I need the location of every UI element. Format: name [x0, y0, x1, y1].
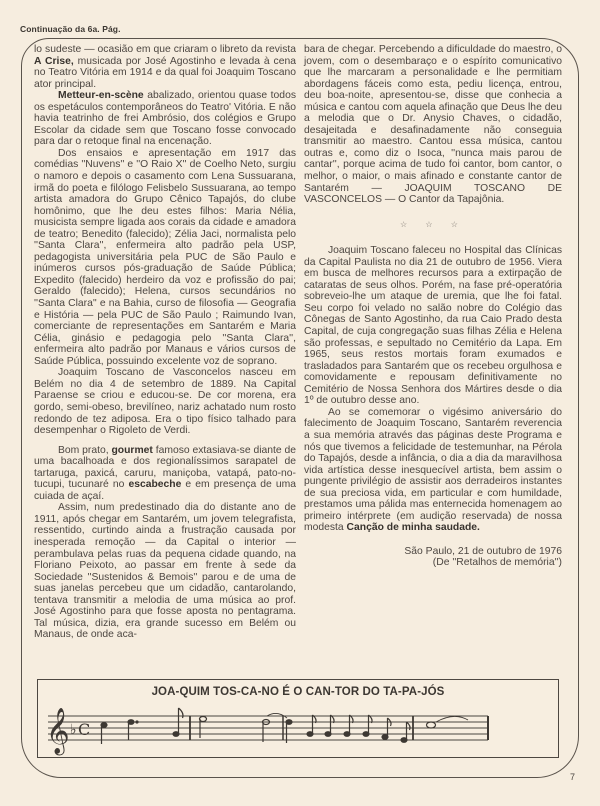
music-staff: 𝄞 ♭ C — [38, 698, 558, 756]
notes — [101, 708, 413, 744]
paragraph: Metteur-en-scène abalizado, orientou qua… — [34, 90, 296, 148]
song-title: Canção de minha saudade. — [347, 522, 480, 533]
time-signature-common: ♭ C — [70, 720, 90, 739]
paragraph: Joaquim Toscano faleceu no Hospital das … — [304, 245, 562, 407]
music-score-box: JOA-QUIM TOS-CA-NO É O CAN-TOR DO TA-PA-… — [37, 679, 559, 758]
paragraph: Dos ensaios e apresentação em 1917 das c… — [34, 148, 296, 367]
page-number: 7 — [570, 772, 575, 782]
paragraph: lo sudeste — ocasião em que criaram o li… — [34, 44, 296, 90]
svg-text:♭: ♭ — [70, 722, 77, 738]
bold-term: gourmet — [111, 445, 152, 456]
bold-title: A Crise, — [34, 56, 74, 67]
svg-text:𝄞: 𝄞 — [46, 708, 70, 756]
bold-term: Metteur-en-scène — [58, 90, 144, 101]
left-column: lo sudeste — ocasião em que criaram o li… — [34, 44, 296, 641]
paragraph: bara de chegar. Percebendo a dificuldade… — [304, 44, 562, 206]
paragraph: Joaquim Toscano de Vasconcelos nasceu em… — [34, 367, 296, 436]
right-column: bara de chegar. Percebendo a dificuldade… — [304, 44, 562, 569]
paragraph: Ao se comemorar o vigésimo aniversário d… — [304, 407, 562, 534]
paragraph: Assim, num predestinado dia do distante … — [34, 502, 296, 641]
signoff-place-date: São Paulo, 21 de outubro de 1976 — [404, 546, 562, 557]
bold-term: escabeche — [128, 479, 181, 490]
section-separator-stars: ☆ ☆ ☆ — [304, 219, 562, 231]
svg-text:C: C — [78, 720, 90, 739]
signoff-source: (De ''Retalhos de memória'') — [433, 557, 562, 568]
treble-clef-icon: 𝄞 — [46, 708, 70, 756]
paragraph: Bom prato, gourmet famoso extasiava-se d… — [34, 445, 296, 503]
music-lyrics-title: JOA-QUIM TOS-CA-NO É O CAN-TOR DO TA-PA-… — [38, 686, 558, 698]
signoff: São Paulo, 21 de outubro de 1976(De ''Re… — [304, 546, 562, 569]
continuation-label: Continuação da 6a. Pág. — [20, 24, 121, 34]
